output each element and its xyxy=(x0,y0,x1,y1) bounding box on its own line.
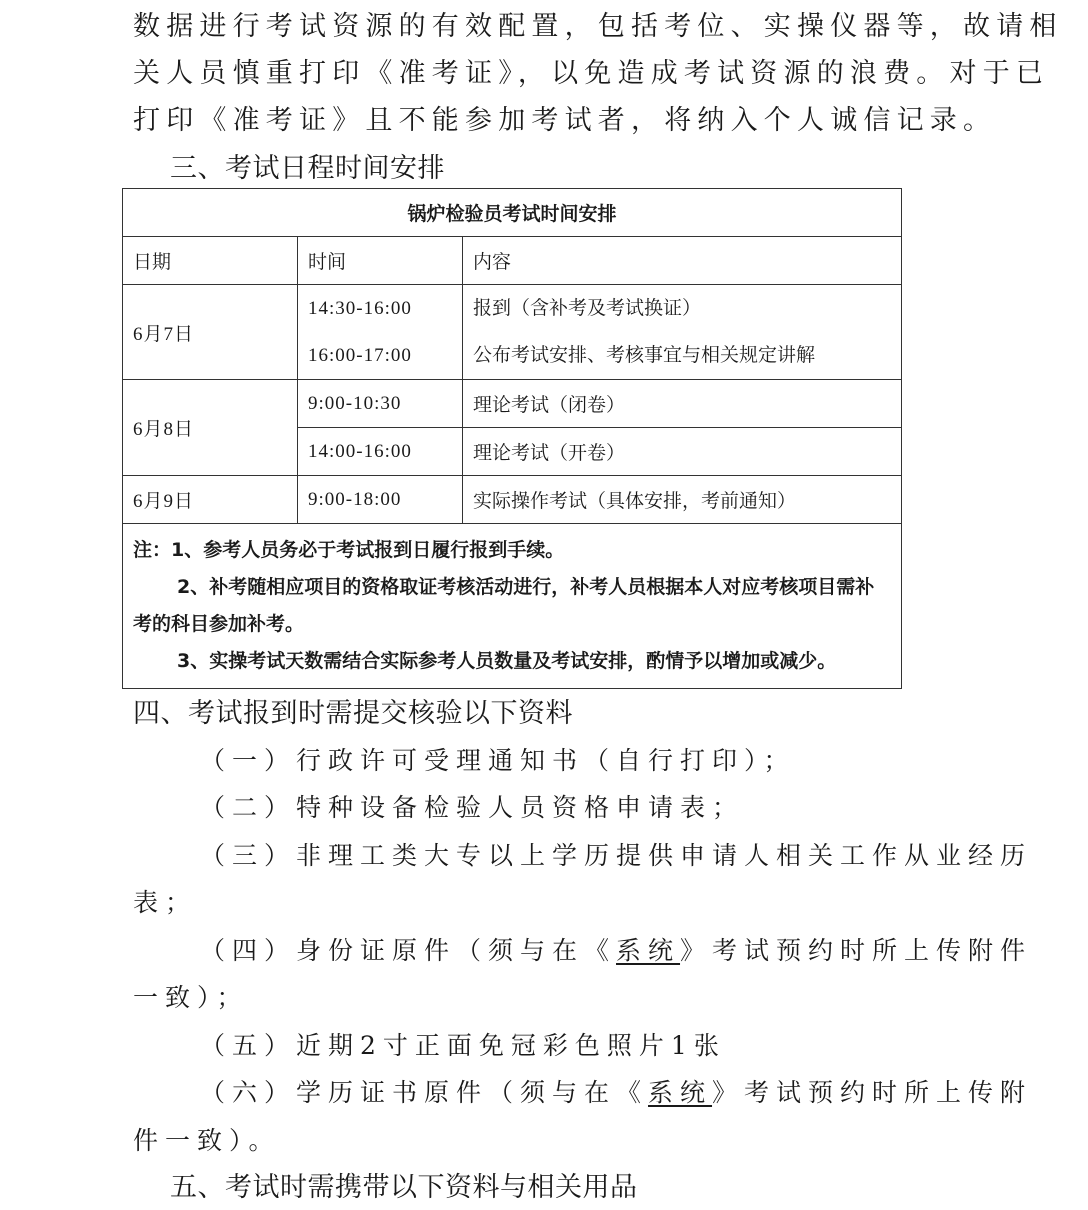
section5-heading: 五、考试时需携带以下资料与相关用品 xyxy=(170,1171,638,1205)
note-1: 注：1、参考人员务必于考试报到日履行报到手续。 xyxy=(133,532,891,569)
time-cell: 9:00-10:30 xyxy=(298,380,463,428)
content-slot: 公布考试安排、考核事宜与相关规定讲解 xyxy=(473,332,891,379)
table-row: 6月7日 14:30-16:00 16:00-17:00 报到（含补考及考试换证… xyxy=(123,285,902,380)
item-6-text-pre: （六）学历证书原件（须与在《 xyxy=(200,1078,648,1107)
system-link[interactable]: 系统 xyxy=(648,1078,712,1107)
date-cell: 6月7日 xyxy=(123,285,298,380)
note-3: 3、实操考试天数需结合实际参考人员数量及考试安排，酌情予以增加或减少。 xyxy=(133,643,891,680)
table-notes-row: 注：1、参考人员务必于考试报到日履行报到手续。 2、补考随相应项目的资格取证考核… xyxy=(123,524,902,689)
section4-heading: 四、考试报到时需提交核验以下资料 xyxy=(133,697,573,731)
note-2: 2、补考随相应项目的资格取证考核活动进行，补考人员根据本人对应考核项目需补考的科… xyxy=(133,569,891,643)
content-cell: 实际操作考试（具体安排，考前通知） xyxy=(463,476,902,524)
table-caption: 锅炉检验员考试时间安排 xyxy=(123,189,902,237)
item-6-line-1: （六）学历证书原件（须与在《系统》考试预约时所上传附 xyxy=(200,1077,1032,1109)
header-time: 时间 xyxy=(298,237,463,285)
intro-line-3: 打印《准考证》且不能参加考试者，将纳入个人诚信记录。 xyxy=(133,104,996,138)
item-5: （五）近期2寸正面免冠彩色照片1张 xyxy=(200,1030,726,1062)
time-cell: 14:00-16:00 xyxy=(298,428,463,476)
item-3-line-2: 表； xyxy=(133,887,197,919)
time-cell: 9:00-18:00 xyxy=(298,476,463,524)
intro-line-2: 关人员慎重打印《准考证》，以免造成考试资源的浪费。对于已 xyxy=(133,57,1049,91)
table-row: 6月9日 9:00-18:00 实际操作考试（具体安排，考前通知） xyxy=(123,476,902,524)
system-link[interactable]: 系统 xyxy=(616,936,680,965)
intro-line-1: 数据进行考试资源的有效配置，包括考位、实操仪器等，故请相 xyxy=(133,10,1063,44)
exam-schedule-table: 锅炉检验员考试时间安排 日期 时间 内容 6月7日 14:30-16:00 16… xyxy=(122,188,902,689)
header-date: 日期 xyxy=(123,237,298,285)
content-cell: 理论考试（开卷） xyxy=(463,428,902,476)
item-4-text-post: 》考试预约时所上传附件 xyxy=(680,936,1032,965)
item-3-line-1: （三）非理工类大专以上学历提供申请人相关工作从业经历 xyxy=(200,840,1032,872)
item-6-text-post: 》考试预约时所上传附 xyxy=(712,1078,1032,1107)
time-slot: 14:30-16:00 xyxy=(308,285,452,332)
header-content: 内容 xyxy=(463,237,902,285)
item-4-text-pre: （四）身份证原件（须与在《 xyxy=(200,936,616,965)
content-slot: 报到（含补考及考试换证） xyxy=(473,285,891,332)
date-cell: 6月8日 xyxy=(123,380,298,476)
content-cell: 理论考试（闭卷） xyxy=(463,380,902,428)
time-cell: 14:30-16:00 16:00-17:00 xyxy=(298,285,463,380)
time-slot: 16:00-17:00 xyxy=(308,332,452,379)
section3-heading: 三、考试日程时间安排 xyxy=(170,152,445,186)
item-4-line-1: （四）身份证原件（须与在《系统》考试预约时所上传附件 xyxy=(200,935,1032,967)
table-header-row: 日期 时间 内容 xyxy=(123,237,902,285)
item-1: （一）行政许可受理通知书（自行打印）； xyxy=(200,745,796,777)
table-row: 6月8日 9:00-10:30 理论考试（闭卷） xyxy=(123,380,902,428)
item-2: （二）特种设备检验人员资格申请表； xyxy=(200,792,744,824)
content-cell: 报到（含补考及考试换证） 公布考试安排、考核事宜与相关规定讲解 xyxy=(463,285,902,380)
table-notes: 注：1、参考人员务必于考试报到日履行报到手续。 2、补考随相应项目的资格取证考核… xyxy=(123,524,902,689)
date-cell: 6月9日 xyxy=(123,476,298,524)
item-4-line-2: 一致）； xyxy=(133,982,249,1014)
item-6-line-2: 件一致）。 xyxy=(133,1125,281,1157)
